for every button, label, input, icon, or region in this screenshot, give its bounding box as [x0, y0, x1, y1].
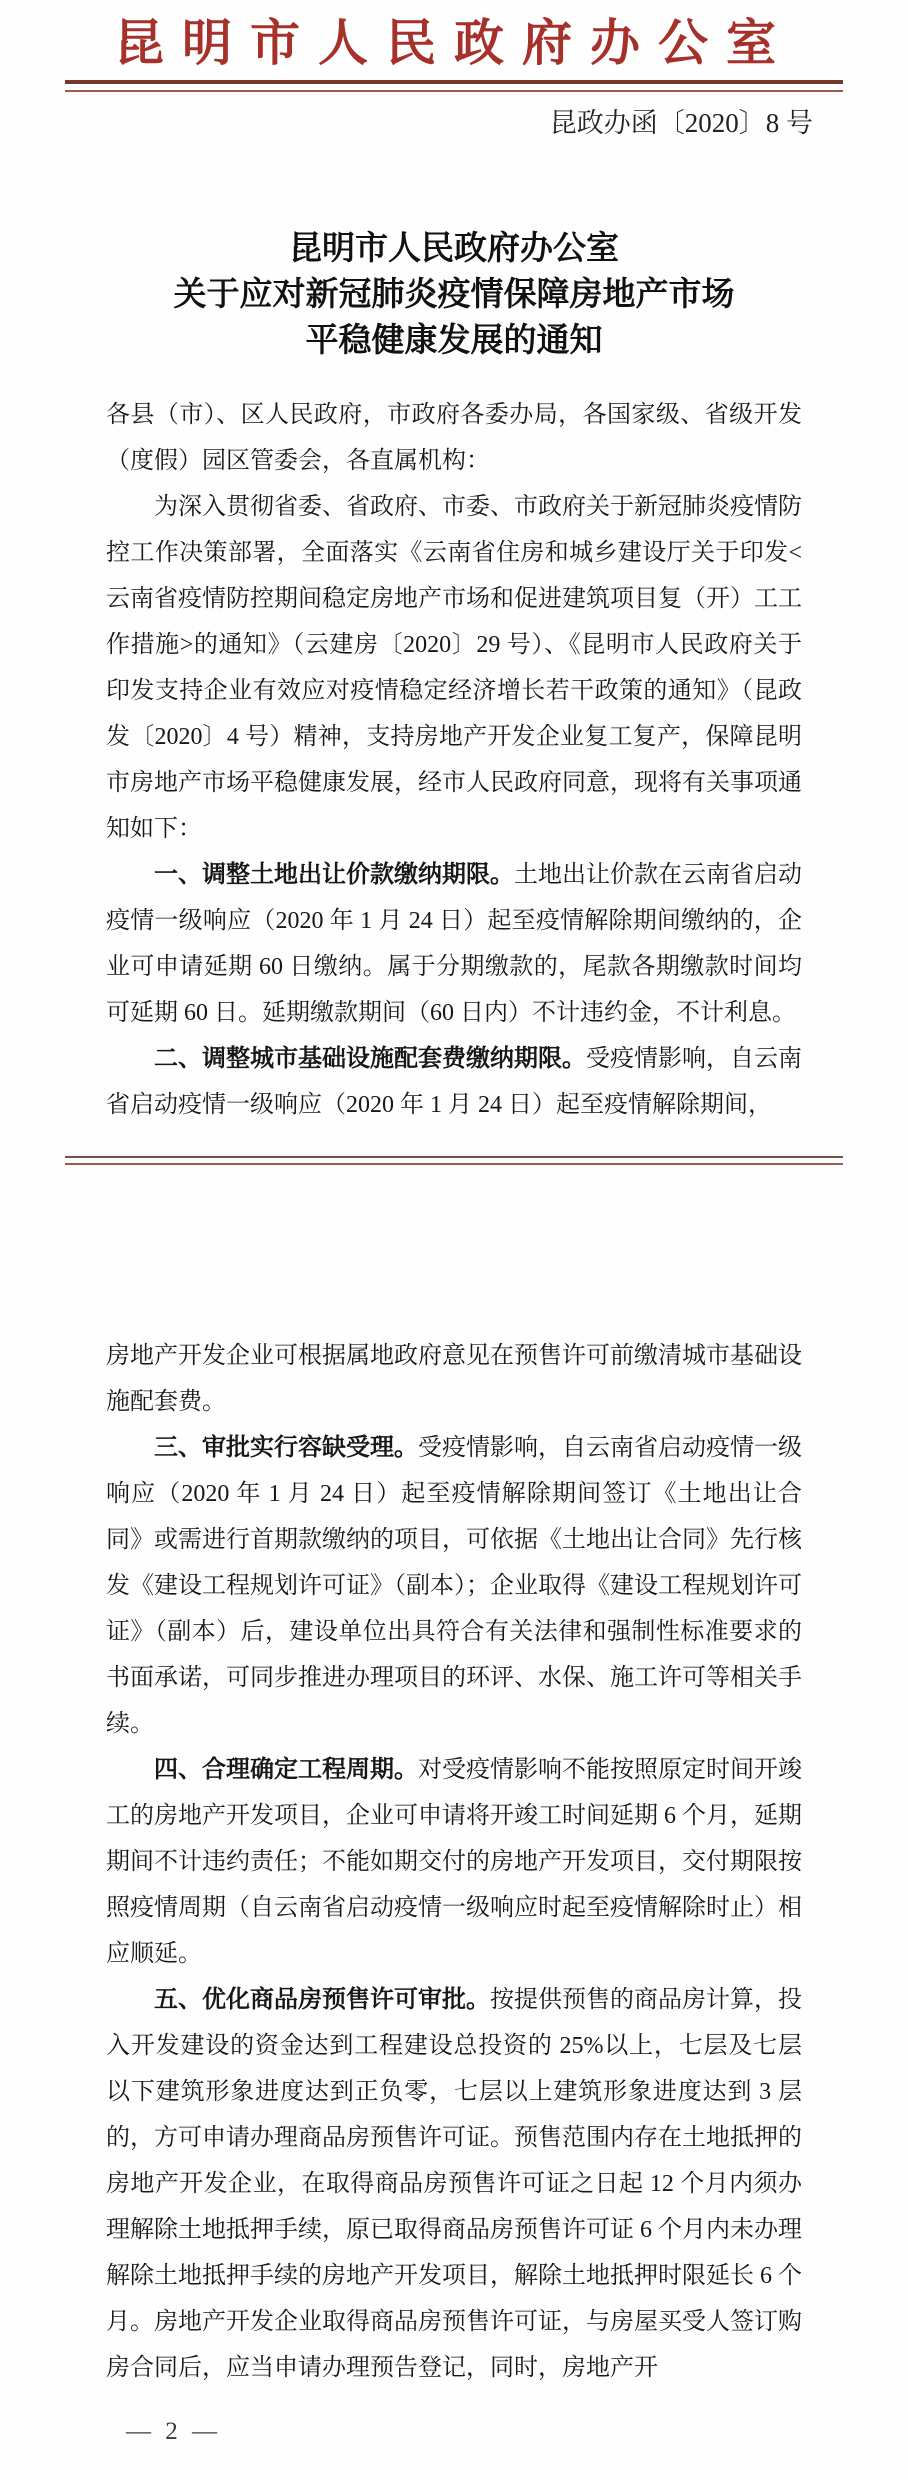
section-4-text: 对受疫情影响不能按照原定时间开竣工的房地产开发项目，企业可申请将开竣工时间延期 …: [106, 1757, 802, 1967]
letterhead-rule: [65, 80, 843, 92]
section-1: 一、调整土地出让价款缴纳期限。土地出让价款在云南省启动疫情一级响应（2020 年…: [106, 852, 802, 1036]
section-2: 二、调整城市基础设施配套费缴纳期限。受疫情影响，自云南省启动疫情一级响应（202…: [106, 1036, 802, 1128]
section-1-heading: 一、调整土地出让价款缴纳期限。: [154, 861, 514, 888]
section-5: 五、优化商品房预售许可审批。按提供预售的商品房计算，投入开发建设的资金达到工程建…: [106, 1977, 802, 2391]
section-2-heading: 二、调整城市基础设施配套费缴纳期限。: [154, 1045, 586, 1072]
page-number: — 2 —: [126, 2417, 908, 2447]
doc-number: 昆政办函〔2020〕8 号: [0, 106, 908, 140]
notice-title-line-3: 平稳健康发展的通知: [0, 318, 908, 364]
notice-title-line-2: 关于应对新冠肺炎疫情保障房地产市场: [0, 272, 908, 318]
notice-title-line-1: 昆明市人民政府办公室: [0, 226, 908, 272]
notice-title: 昆明市人民政府办公室 关于应对新冠肺炎疫情保障房地产市场 平稳健康发展的通知: [0, 226, 908, 364]
section-2-continuation: 房地产开发企业可根据属地政府意见在预售许可前缴清城市基础设施配套费。: [106, 1333, 802, 1425]
document-body-page-2: 房地产开发企业可根据属地政府意见在预售许可前缴清城市基础设施配套费。 三、审批实…: [106, 1333, 802, 2391]
section-2-text-after-break: 房地产开发企业可根据属地政府意见在预售许可前缴清城市基础设施配套费。: [106, 1343, 802, 1415]
section-3-text: 受疫情影响，自云南省启动疫情一级响应（2020 年 1 月 24 日）起至疫情解…: [106, 1435, 802, 1737]
paragraph-intro: 为深入贯彻省委、省政府、市委、市政府关于新冠肺炎疫情防控工作决策部署，全面落实《…: [106, 484, 802, 852]
section-4-heading: 四、合理确定工程周期。: [154, 1756, 418, 1783]
recipients-line: 各县（市）、区人民政府，市政府各委办局，各国家级、省级开发（度假）园区管委会，各…: [106, 392, 802, 484]
section-5-heading: 五、优化商品房预售许可审批。: [154, 1986, 490, 2013]
section-3: 三、审批实行容缺受理。受疫情影响，自云南省启动疫情一级响应（2020 年 1 月…: [106, 1425, 802, 1747]
section-4: 四、合理确定工程周期。对受疫情影响不能按照原定时间开竣工的房地产开发项目，企业可…: [106, 1747, 802, 1977]
document-page: 昆明市人民政府办公室 昆政办函〔2020〕8 号 昆明市人民政府办公室 关于应对…: [0, 0, 908, 2480]
page-break-rule-bottom-line: [65, 1163, 843, 1165]
section-5-text: 按提供预售的商品房计算，投入开发建设的资金达到工程建设总投资的 25%以上，七层…: [106, 1987, 802, 2381]
page-break-rule: [65, 1156, 843, 1165]
document-body: 各县（市）、区人民政府，市政府各委办局，各国家级、省级开发（度假）园区管委会，各…: [106, 392, 802, 1128]
section-3-heading: 三、审批实行容缺受理。: [154, 1434, 418, 1461]
letterhead-rule-bottom-line: [65, 90, 843, 92]
letterhead-org-name: 昆明市人民政府办公室: [0, 0, 908, 72]
paragraph-intro-text: 为深入贯彻省委、省政府、市委、市政府关于新冠肺炎疫情防控工作决策部署，全面落实《…: [106, 494, 802, 842]
